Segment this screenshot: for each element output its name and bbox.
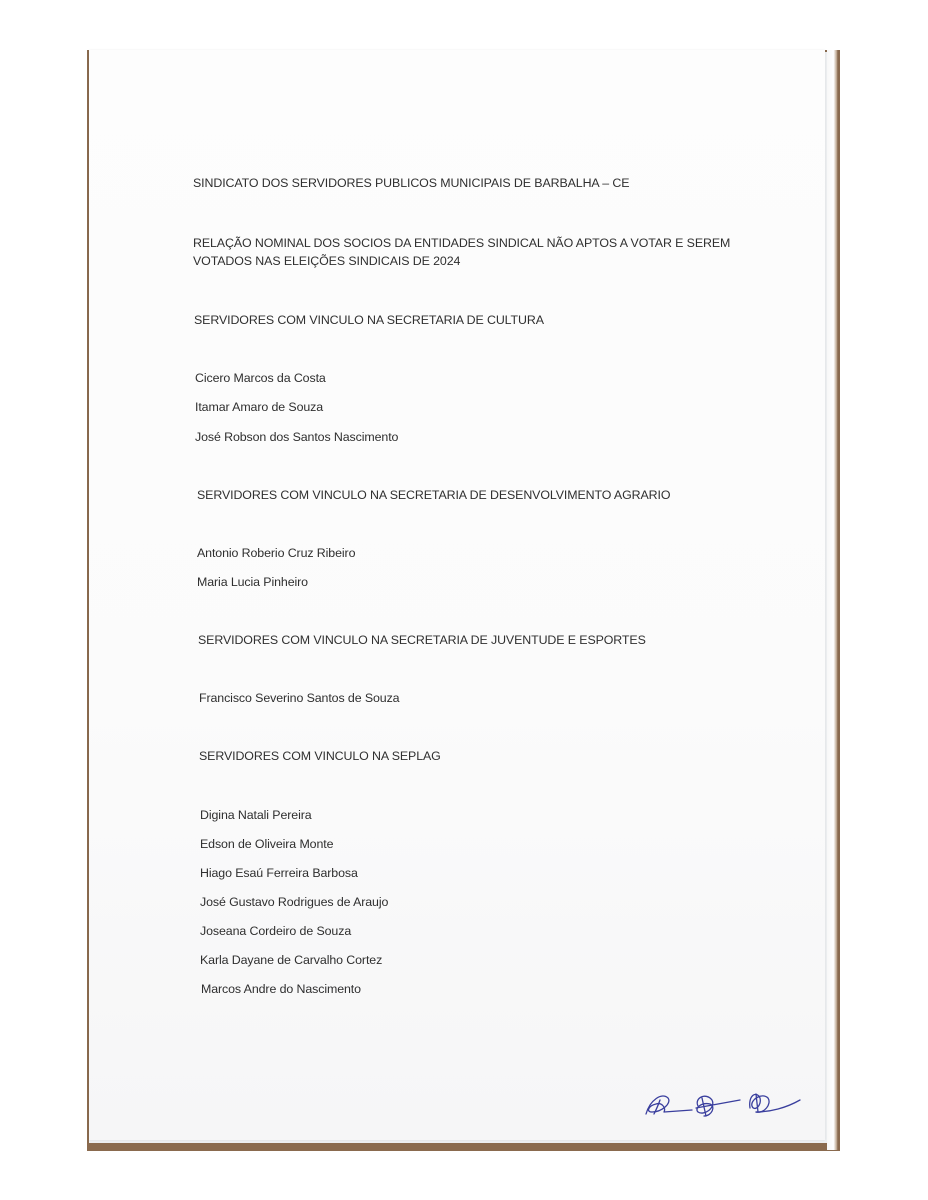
member-name: Digina Natali Pereira	[200, 808, 312, 822]
organization-name: SINDICATO DOS SERVIDORES PUBLICOS MUNICI…	[193, 176, 629, 190]
section-heading-seplag: SERVIDORES COM VINCULO NA SEPLAG	[199, 749, 441, 763]
member-name: Edson de Oliveira Monte	[200, 837, 333, 851]
section-heading-desenvolvimento-agrario: SERVIDORES COM VINCULO NA SECRETARIA DE …	[197, 488, 670, 502]
document-title-line-1: RELAÇÃO NOMINAL DOS SOCIOS DA ENTIDADES …	[193, 236, 730, 250]
member-name: Marcos Andre do Nascimento	[201, 982, 361, 996]
member-name: Cicero Marcos da Costa	[195, 371, 326, 385]
member-name: Joseana Cordeiro de Souza	[200, 924, 351, 938]
member-name: Antonio Roberio Cruz Ribeiro	[197, 546, 355, 560]
member-name: Francisco Severino Santos de Souza	[199, 691, 399, 705]
member-name: José Robson dos Santos Nascimento	[195, 430, 398, 444]
section-heading-cultura: SERVIDORES COM VINCULO NA SECRETARIA DE …	[194, 313, 544, 327]
handwritten-signature	[640, 1078, 820, 1128]
member-name: Hiago Esaú Ferreira Barbosa	[200, 866, 358, 880]
member-name: Maria Lucia Pinheiro	[197, 575, 308, 589]
member-name: Karla Dayane de Carvalho Cortez	[200, 953, 382, 967]
document-title-line-2: VOTADOS NAS ELEIÇÕES SINDICAIS DE 2024	[193, 254, 460, 268]
section-heading-juventude-esportes: SERVIDORES COM VINCULO NA SECRETARIA DE …	[198, 633, 646, 647]
member-name: Itamar Amaro de Souza	[195, 400, 323, 414]
member-name: José Gustavo Rodrigues de Araujo	[200, 895, 388, 909]
document-content: SINDICATO DOS SERVIDORES PUBLICOS MUNICI…	[0, 0, 928, 1200]
